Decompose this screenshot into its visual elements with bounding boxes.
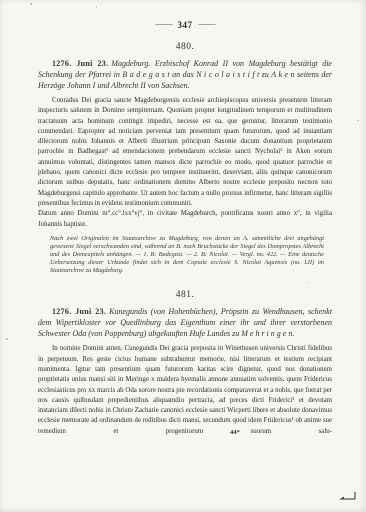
page-corner-fold-mark [338,491,358,501]
page-header: ——347—— [38,20,332,30]
entry-480-number: 480. [38,42,332,52]
entry-481-number: 481. [38,290,332,300]
entry-481-headnote-date: 1276. Juni 23. [52,307,106,316]
entry-481: 481. 1276. Juni 23.Kunegundis (von Hohen… [38,290,332,437]
scan-speck [357,120,359,121]
scan-speck [308,282,309,283]
scan-speck [6,338,8,340]
header-rule-left: —— [156,19,172,29]
scan-speck [30,3,32,5]
entry-480-datum: Datum anno Domini m°.cc°.lxx°vj°, in civ… [38,209,332,230]
printer-signature-mark: 44* [230,429,240,436]
entry-480: 480. 1276. Juni 23.Magdeburg. Erzbischof… [38,42,332,275]
entry-480-headnote-date: 1276. Juni 23. [52,59,108,68]
entry-480-footnote: Nach zwei Originalen im Staatsarchive zu… [50,235,324,275]
scanned-book-page: ——347—— 480. 1276. Juni 23.Magdeburg. Er… [0,0,366,512]
scan-speck [96,6,97,8]
entry-481-body: In nomine Domini amen. Cunegundis Dei gr… [38,344,332,437]
entry-480-headnote: 1276. Juni 23.Magdeburg. Erzbischof Konr… [38,58,332,91]
entry-480-body: Conradus Dei gracia sancte Magdeburgensi… [38,96,332,209]
header-rule-right: —— [199,19,215,29]
entry-481-headnote: 1276. Juni 23.Kunegundis (von Hohenbüche… [38,306,332,339]
entry-divider-space [38,275,332,290]
page-number: 347 [178,20,193,30]
